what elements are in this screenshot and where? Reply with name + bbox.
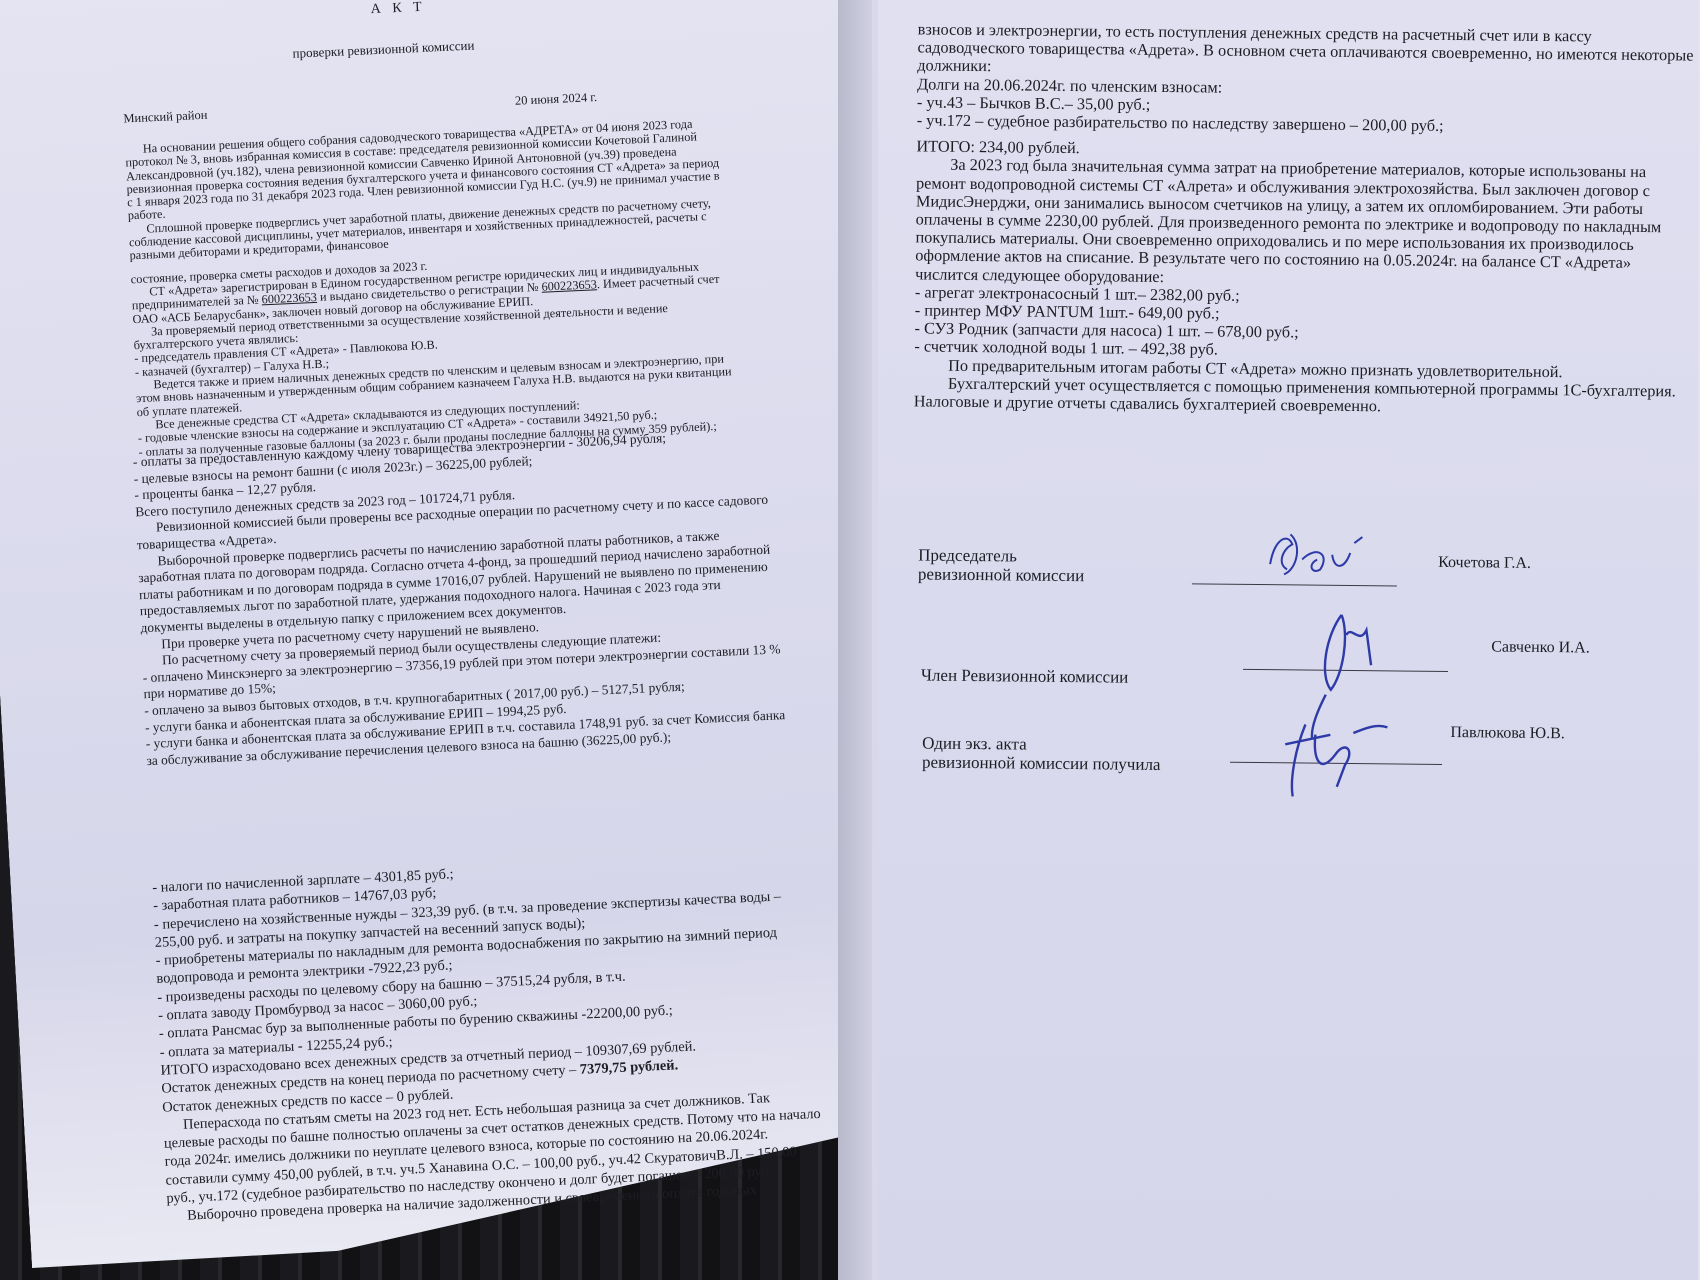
signature-role-line: Один экз. акта bbox=[922, 734, 1161, 755]
intro-section: На основании решения общего собрания сад… bbox=[125, 116, 739, 459]
left-page-photo: А К Т проверки ревизионной комиссии Минс… bbox=[0, 0, 838, 1280]
signature-pavlyukova bbox=[1275, 704, 1396, 805]
paragraph-continuation: взносов и электроэнергии, то есть поступ… bbox=[917, 20, 1698, 83]
signature-name: Павлюкова Ю.В. bbox=[1450, 724, 1565, 743]
signature-role-line: Член Ревизионной комиссии bbox=[921, 665, 1129, 686]
balance-account-value: 7379,75 рублей. bbox=[580, 1058, 679, 1078]
document-title: А К Т bbox=[370, 0, 426, 18]
paragraph-materials: За 2023 год была значительная сумма затр… bbox=[915, 156, 1696, 292]
certificate-number: 600223653 bbox=[541, 277, 597, 293]
income-expense-section: - оплаты за предоставленную каждому член… bbox=[133, 425, 787, 769]
paper-edge bbox=[838, 0, 872, 1280]
right-page-photo: взносов и электроэнергии, то есть поступ… bbox=[838, 0, 1700, 1280]
signature-role-line: ревизионной комиссии получила bbox=[922, 753, 1161, 774]
signature-role: Один экз. акта ревизионной комиссии полу… bbox=[922, 734, 1161, 774]
signature-role-line: ревизионной комиссии bbox=[918, 564, 1084, 585]
right-text-block: взносов и электроэнергии, то есть поступ… bbox=[914, 20, 1698, 418]
signature-kochetova bbox=[1262, 524, 1393, 585]
signature-name: Кочетова Г.А. bbox=[1438, 554, 1531, 573]
payments-section: - налоги по начисленной зарплате – 4301,… bbox=[152, 849, 827, 1226]
signature-role: Председатель ревизионной комиссии bbox=[918, 545, 1085, 585]
signature-role-line: Председатель bbox=[918, 545, 1084, 566]
signature-name: Савченко И.А. bbox=[1491, 638, 1590, 657]
signature-role: Член Ревизионной комиссии bbox=[921, 665, 1129, 686]
